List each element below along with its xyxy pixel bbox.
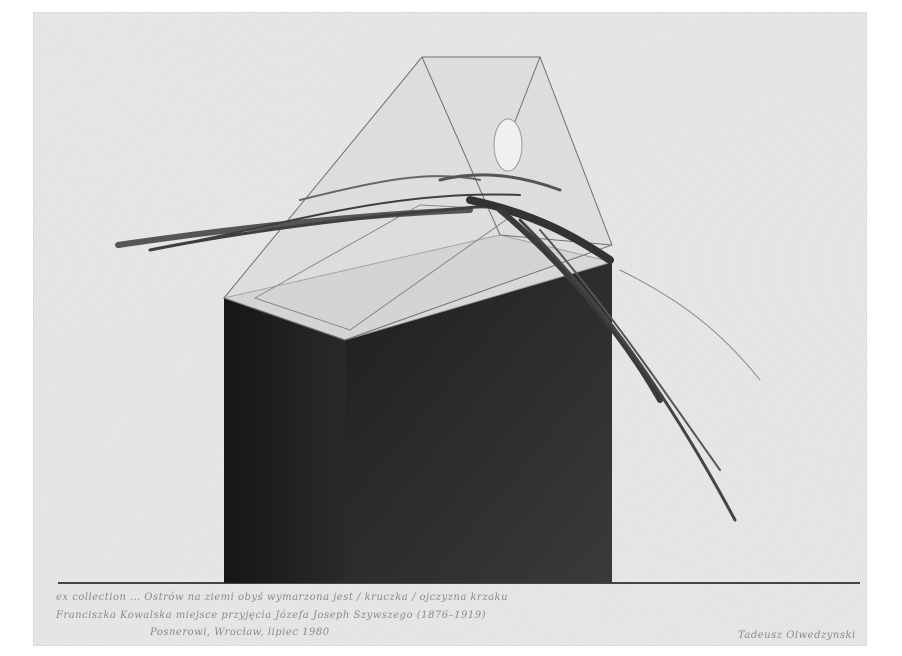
light-reflection	[494, 119, 522, 171]
artist-signature: Tadeusz Olwedzynski	[738, 630, 856, 641]
inscription-line-2: Franciszka Kowalska miejsce przyjęcia Jó…	[56, 610, 486, 621]
inscription-line-3: Posnerowi, Wrocław, lipiec 1980	[150, 627, 330, 638]
drawing	[0, 0, 902, 656]
inscription-line-1: ex collection … Ostrów na ziemi obyś wym…	[56, 592, 508, 603]
block-left-face	[224, 298, 345, 583]
